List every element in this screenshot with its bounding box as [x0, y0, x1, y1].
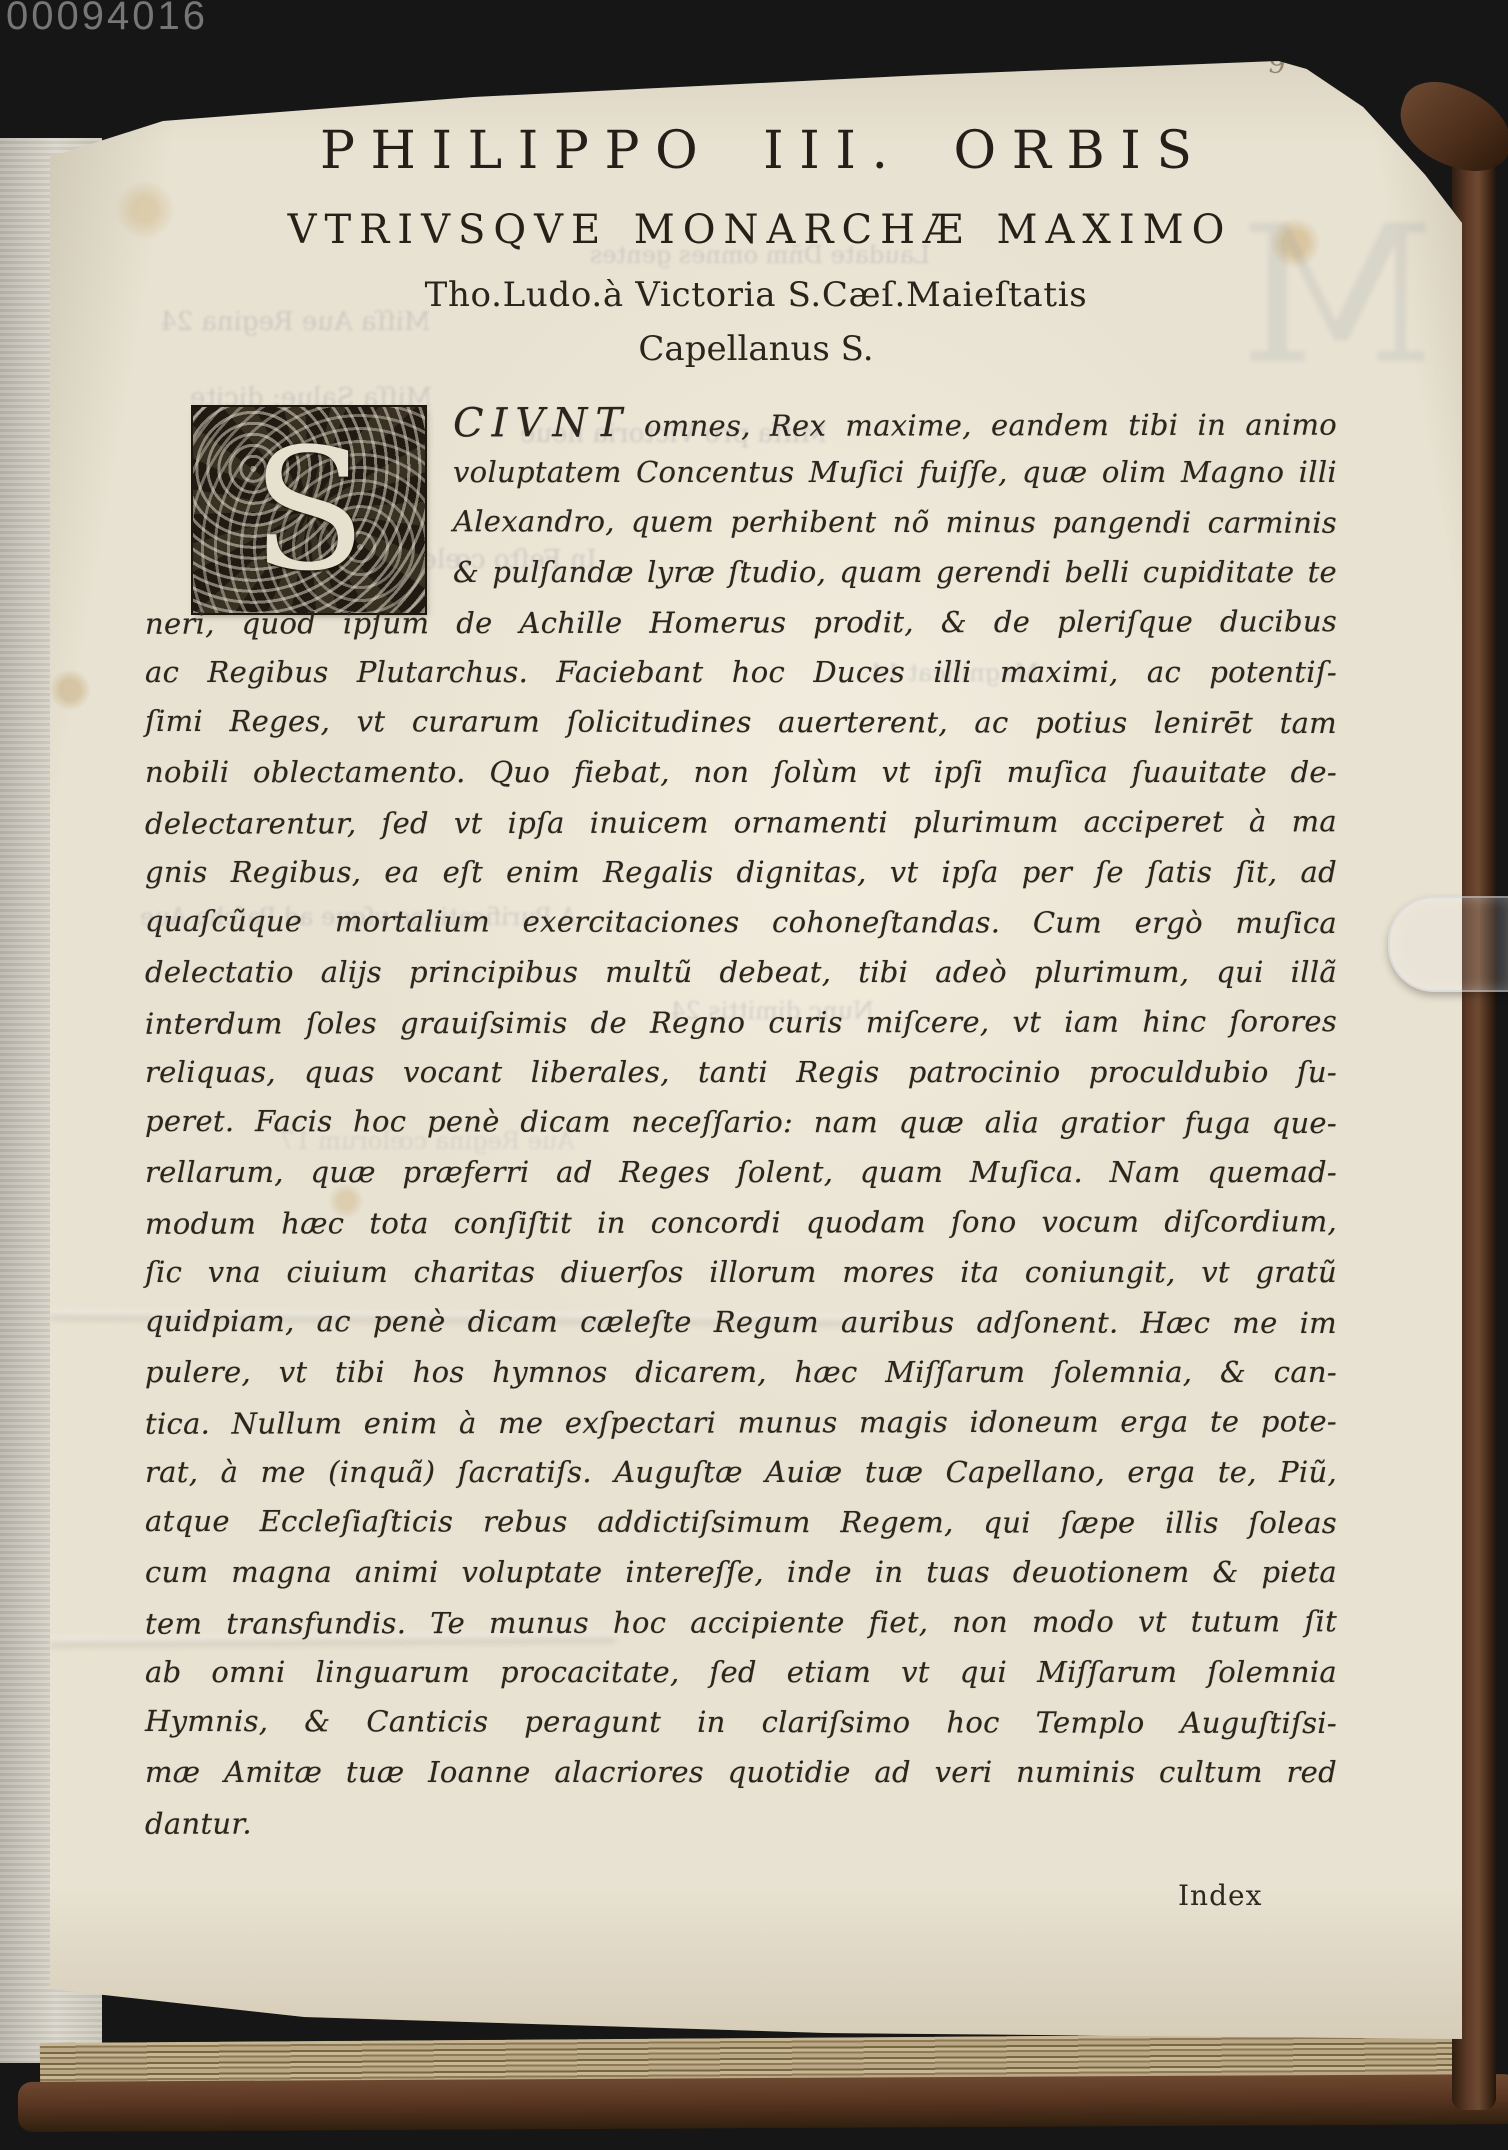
body-line: rat, à me (inquã) ſacratiſs. Auguſtæ Aui… — [145, 1447, 1337, 1497]
page-paper: Laudate Dñm omnes gentesMiſſa Aue Regina… — [50, 45, 1462, 2045]
body-line: reliquas, quas vocant liberales, tanti R… — [145, 1047, 1337, 1097]
body-line: peret. Facis hoc penè dicam neceſſario: … — [145, 1096, 1337, 1148]
body-line: Hymnis, & Canticis peragunt in clariſsim… — [145, 1696, 1337, 1748]
body-line: ſimi Reges, vt curarum ſolicitudines aue… — [145, 696, 1337, 748]
body-line: pulere, vt tibi hos hymnos dicarem, hæc … — [145, 1347, 1337, 1397]
dedication-title-line: Capellanus S. — [50, 329, 1462, 369]
page-holder-clip — [1388, 896, 1508, 992]
body-line: quaſcũque mortalium exercitaciones cohon… — [145, 896, 1337, 948]
body-line: Alexandro, quem perhibent nõ minus pange… — [453, 496, 1337, 548]
title-line-2: VTRIVSQVE MONARCHÆ MAXIMO — [50, 207, 1462, 253]
body-line: ſic vna ciuium charitas diuerſos illorum… — [145, 1247, 1337, 1297]
body-line: tica. Nullum enim à me exſpectari munus … — [145, 1396, 1337, 1448]
body-line: interdum ſoles grauiſsimis de Regno curi… — [145, 996, 1337, 1048]
body-line: modum hæc tota conſiſtit in concordi quo… — [145, 1196, 1337, 1248]
body-line: & pulſandæ lyræ ſtudio, quam gerendi bel… — [453, 547, 1337, 597]
body-line: tem transfundis. Te munus hoc accipiente… — [145, 1596, 1337, 1648]
body-line: delectarentur, ſed vt ipſa inuicem ornam… — [145, 796, 1337, 848]
body-line: neri, quod ipſum de Achille Homerus prod… — [145, 596, 1337, 648]
body-line: quidpiam, ac penè dicam cæleſte Regum au… — [145, 1296, 1337, 1348]
body-line: delectatio alijs principibus multũ debea… — [145, 947, 1337, 997]
body-text: CIVNTomnes, Rex maxime, eandem tibi in a… — [145, 397, 1337, 1847]
body-line: gnis Regibus, ea eſt enim Regalis dignit… — [145, 847, 1337, 897]
archive-number-watermark: 00094016 — [6, 0, 208, 39]
dedication-author-line: Tho.Ludo.à Victoria S.Cæſ.Maieſtatis — [50, 275, 1462, 315]
body-line: ac Regibus Plutarchus. Faciebant hoc Duc… — [145, 647, 1337, 697]
leather-binding-bottom — [18, 2074, 1508, 2132]
body-line: ab omni linguarum procacitate, ſed etiam… — [145, 1647, 1337, 1697]
body-line: nobili oblectamento. Quo fiebat, non ſol… — [145, 747, 1337, 797]
body-line: dantur. — [145, 1796, 1337, 1848]
title-line-1: PHILIPPO III. ORBIS — [50, 121, 1462, 181]
first-word: CIVNT — [453, 400, 630, 446]
body-line: atque Eccleſiaſticis rebus addictiſsimum… — [145, 1496, 1337, 1548]
body-line: CIVNTomnes, Rex maxime, eandem tibi in a… — [453, 397, 1337, 449]
body-line: rellarum, quæ præferri ad Reges ſolent, … — [145, 1147, 1337, 1197]
scanned-book-page: 00094016 Laudate Dñm omnes gentesMiſſa A… — [0, 0, 1508, 2150]
catchword: Index — [1178, 1879, 1262, 1912]
body-line: voluptatem Concentus Muſici fuiſſe, quæ … — [453, 447, 1337, 497]
body-line: cum magna animi voluptate intereſſe, ind… — [145, 1547, 1337, 1597]
body-line: mæ Amitæ tuæ Ioanne alacriores quotidie … — [145, 1747, 1337, 1797]
handwritten-folio-number: 9 — [1266, 46, 1288, 81]
